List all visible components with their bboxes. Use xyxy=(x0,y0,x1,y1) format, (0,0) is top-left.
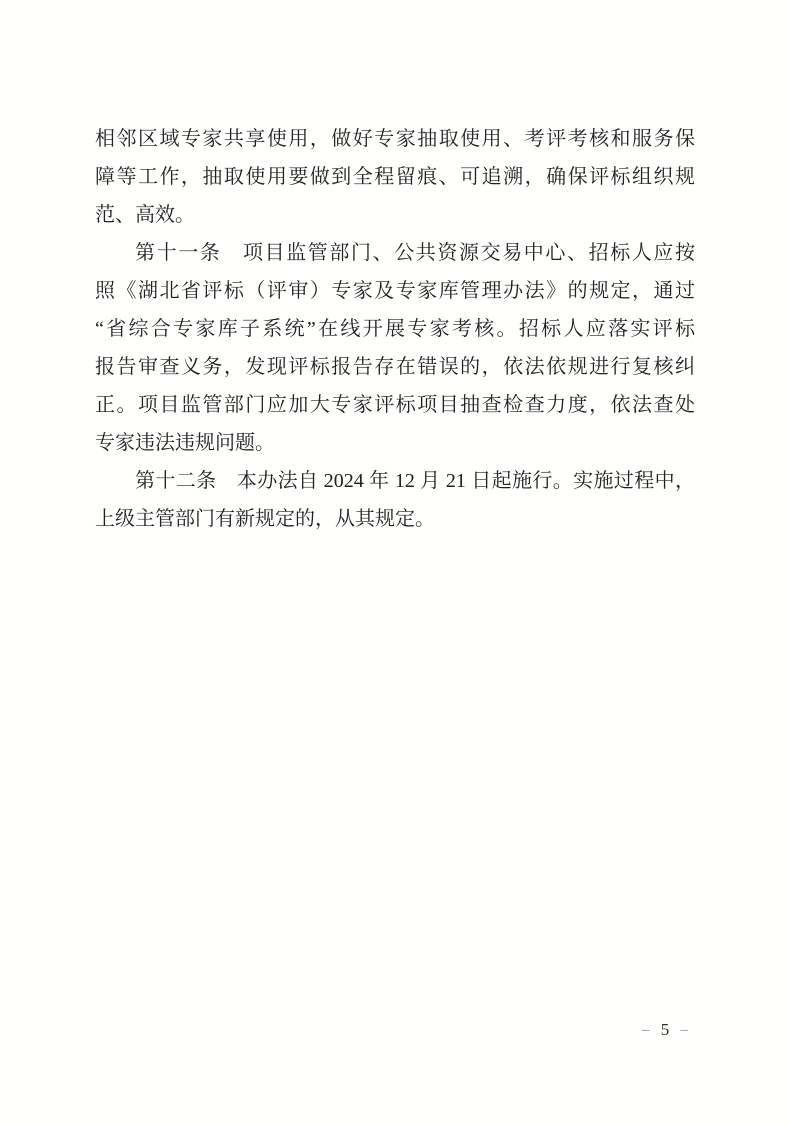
document-page: 相邻区域专家共享使用，做好专家抽取使用、考评考核和服务保 障等工作，抽取使用要做… xyxy=(0,0,789,1126)
text-line-6: “省综合专家库子系统”在线开展专家考核。招标人应落实评标 xyxy=(95,310,695,348)
text-line-4-article-11-start: 第十一条 项目监管部门、公共资源交易中心、招标人应按 xyxy=(95,234,695,272)
page-number: – 5 – xyxy=(642,1020,688,1040)
text-line-2: 障等工作，抽取使用要做到全程留痕、可追溯，确保评标组织规 xyxy=(95,158,695,196)
page-number-left-dash: – xyxy=(642,1020,650,1040)
text-line-11: 上级主管部门有新规定的，从其规定。 xyxy=(95,500,695,538)
page-number-right-dash: – xyxy=(681,1020,689,1040)
text-line-7: 报告审查义务，发现评标报告存在错误的，依法依规进行复核纠 xyxy=(95,348,695,386)
text-line-9: 专家违法违规问题。 xyxy=(95,424,695,462)
text-line-3: 范、高效。 xyxy=(95,196,695,234)
text-line-1: 相邻区域专家共享使用，做好专家抽取使用、考评考核和服务保 xyxy=(95,120,695,158)
text-line-10-article-12-start: 第十二条 本办法自 2024 年 12 月 21 日起施行。实施过程中， xyxy=(95,462,695,500)
document-text-block: 相邻区域专家共享使用，做好专家抽取使用、考评考核和服务保 障等工作，抽取使用要做… xyxy=(95,120,695,538)
page-number-value: 5 xyxy=(661,1020,670,1040)
text-line-8: 正。项目监管部门应加大专家评标项目抽查检查力度，依法查处 xyxy=(95,386,695,424)
text-line-5: 照《湖北省评标（评审）专家及专家库管理办法》的规定，通过 xyxy=(95,272,695,310)
